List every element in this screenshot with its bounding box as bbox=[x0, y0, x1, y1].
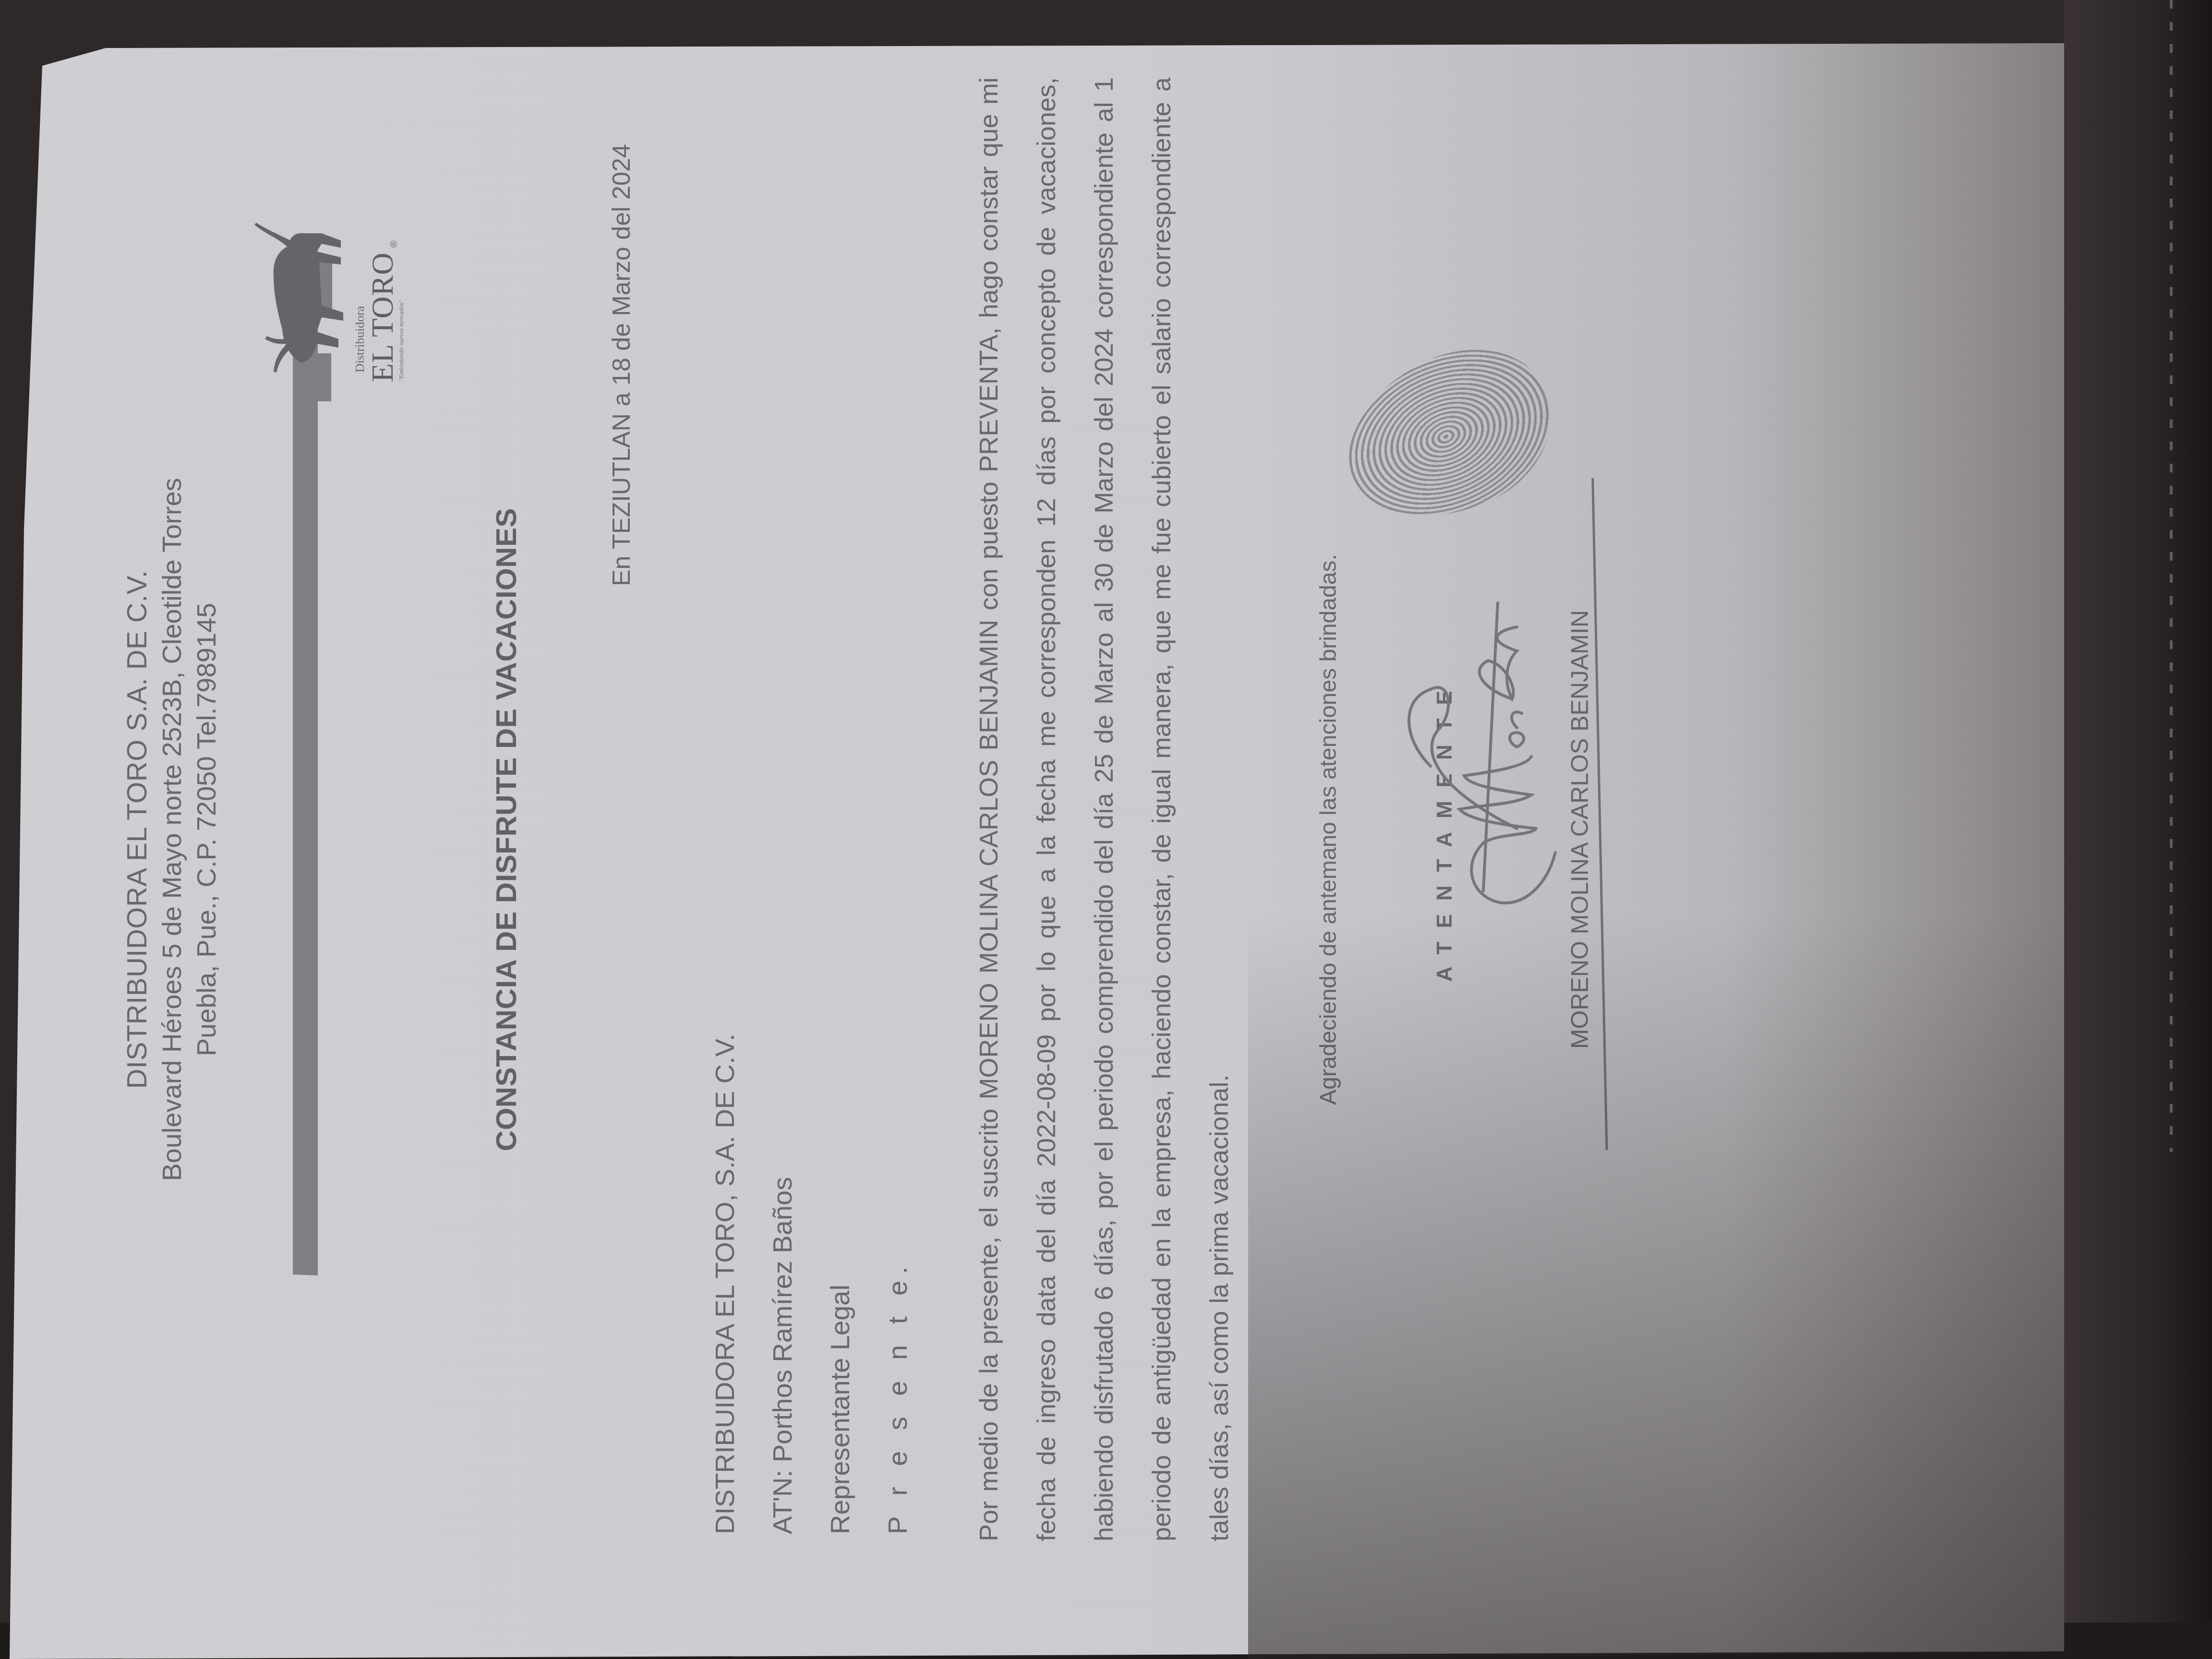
addressee-presente: P r e s e n t e. bbox=[869, 1034, 926, 1534]
document-title: CONSTANCIA DE DISFRUTE DE VACACIONES bbox=[490, 0, 523, 1659]
handwritten-signature bbox=[1373, 579, 1589, 1035]
letter-document: DISTRIBUIDORA EL TORO S.A. DE C.V. Boule… bbox=[0, 0, 2064, 1659]
signature-line bbox=[1591, 478, 1608, 1150]
logo-tagline: "Embistiendo nuevos mercados" bbox=[397, 300, 405, 381]
letterhead-address-line1: Boulevard Héroes 5 de Mayo norte 2523B, … bbox=[155, 0, 189, 1659]
letterhead-company: DISTRIBUIDORA EL TORO S.A. DE C.V. bbox=[120, 0, 155, 1659]
folder-stitching bbox=[2170, 0, 2173, 1152]
company-logo: Distribuidora EL TORO "Embistiendo nuevo… bbox=[245, 209, 408, 392]
folder-background bbox=[2064, 0, 2212, 1659]
bull-icon bbox=[245, 219, 355, 377]
addressee-role: Representante Legal bbox=[811, 1034, 869, 1534]
letterhead-header: DISTRIBUIDORA EL TORO S.A. DE C.V. Boule… bbox=[120, 0, 224, 1659]
registered-mark: ® bbox=[389, 240, 400, 248]
addressee-block: DISTRIBUIDORA EL TORO, S.A. DE C.V. AT'N… bbox=[696, 1034, 926, 1534]
letterhead-address-line2: Puebla, Pue., C.P. 72050 Tel.7989145 bbox=[189, 0, 224, 1659]
place-date: En TEZIUTLAN a 18 de Marzo del 2024 bbox=[607, 144, 636, 586]
closing-line: Agradeciendo de antemano las atenciones … bbox=[1315, 0, 1342, 1659]
logo-brand: EL TORO bbox=[365, 252, 400, 382]
addressee-company: DISTRIBUIDORA EL TORO, S.A. DE C.V. bbox=[696, 1034, 754, 1534]
body-paragraph: Por medio de la presente, el suscrito MO… bbox=[960, 77, 1248, 1541]
addressee-attn: AT'N: Porthos Ramírez Baños bbox=[754, 1034, 811, 1534]
signer-name: MORENO MOLINA CARLOS BENJAMIN bbox=[1566, 0, 1594, 1659]
